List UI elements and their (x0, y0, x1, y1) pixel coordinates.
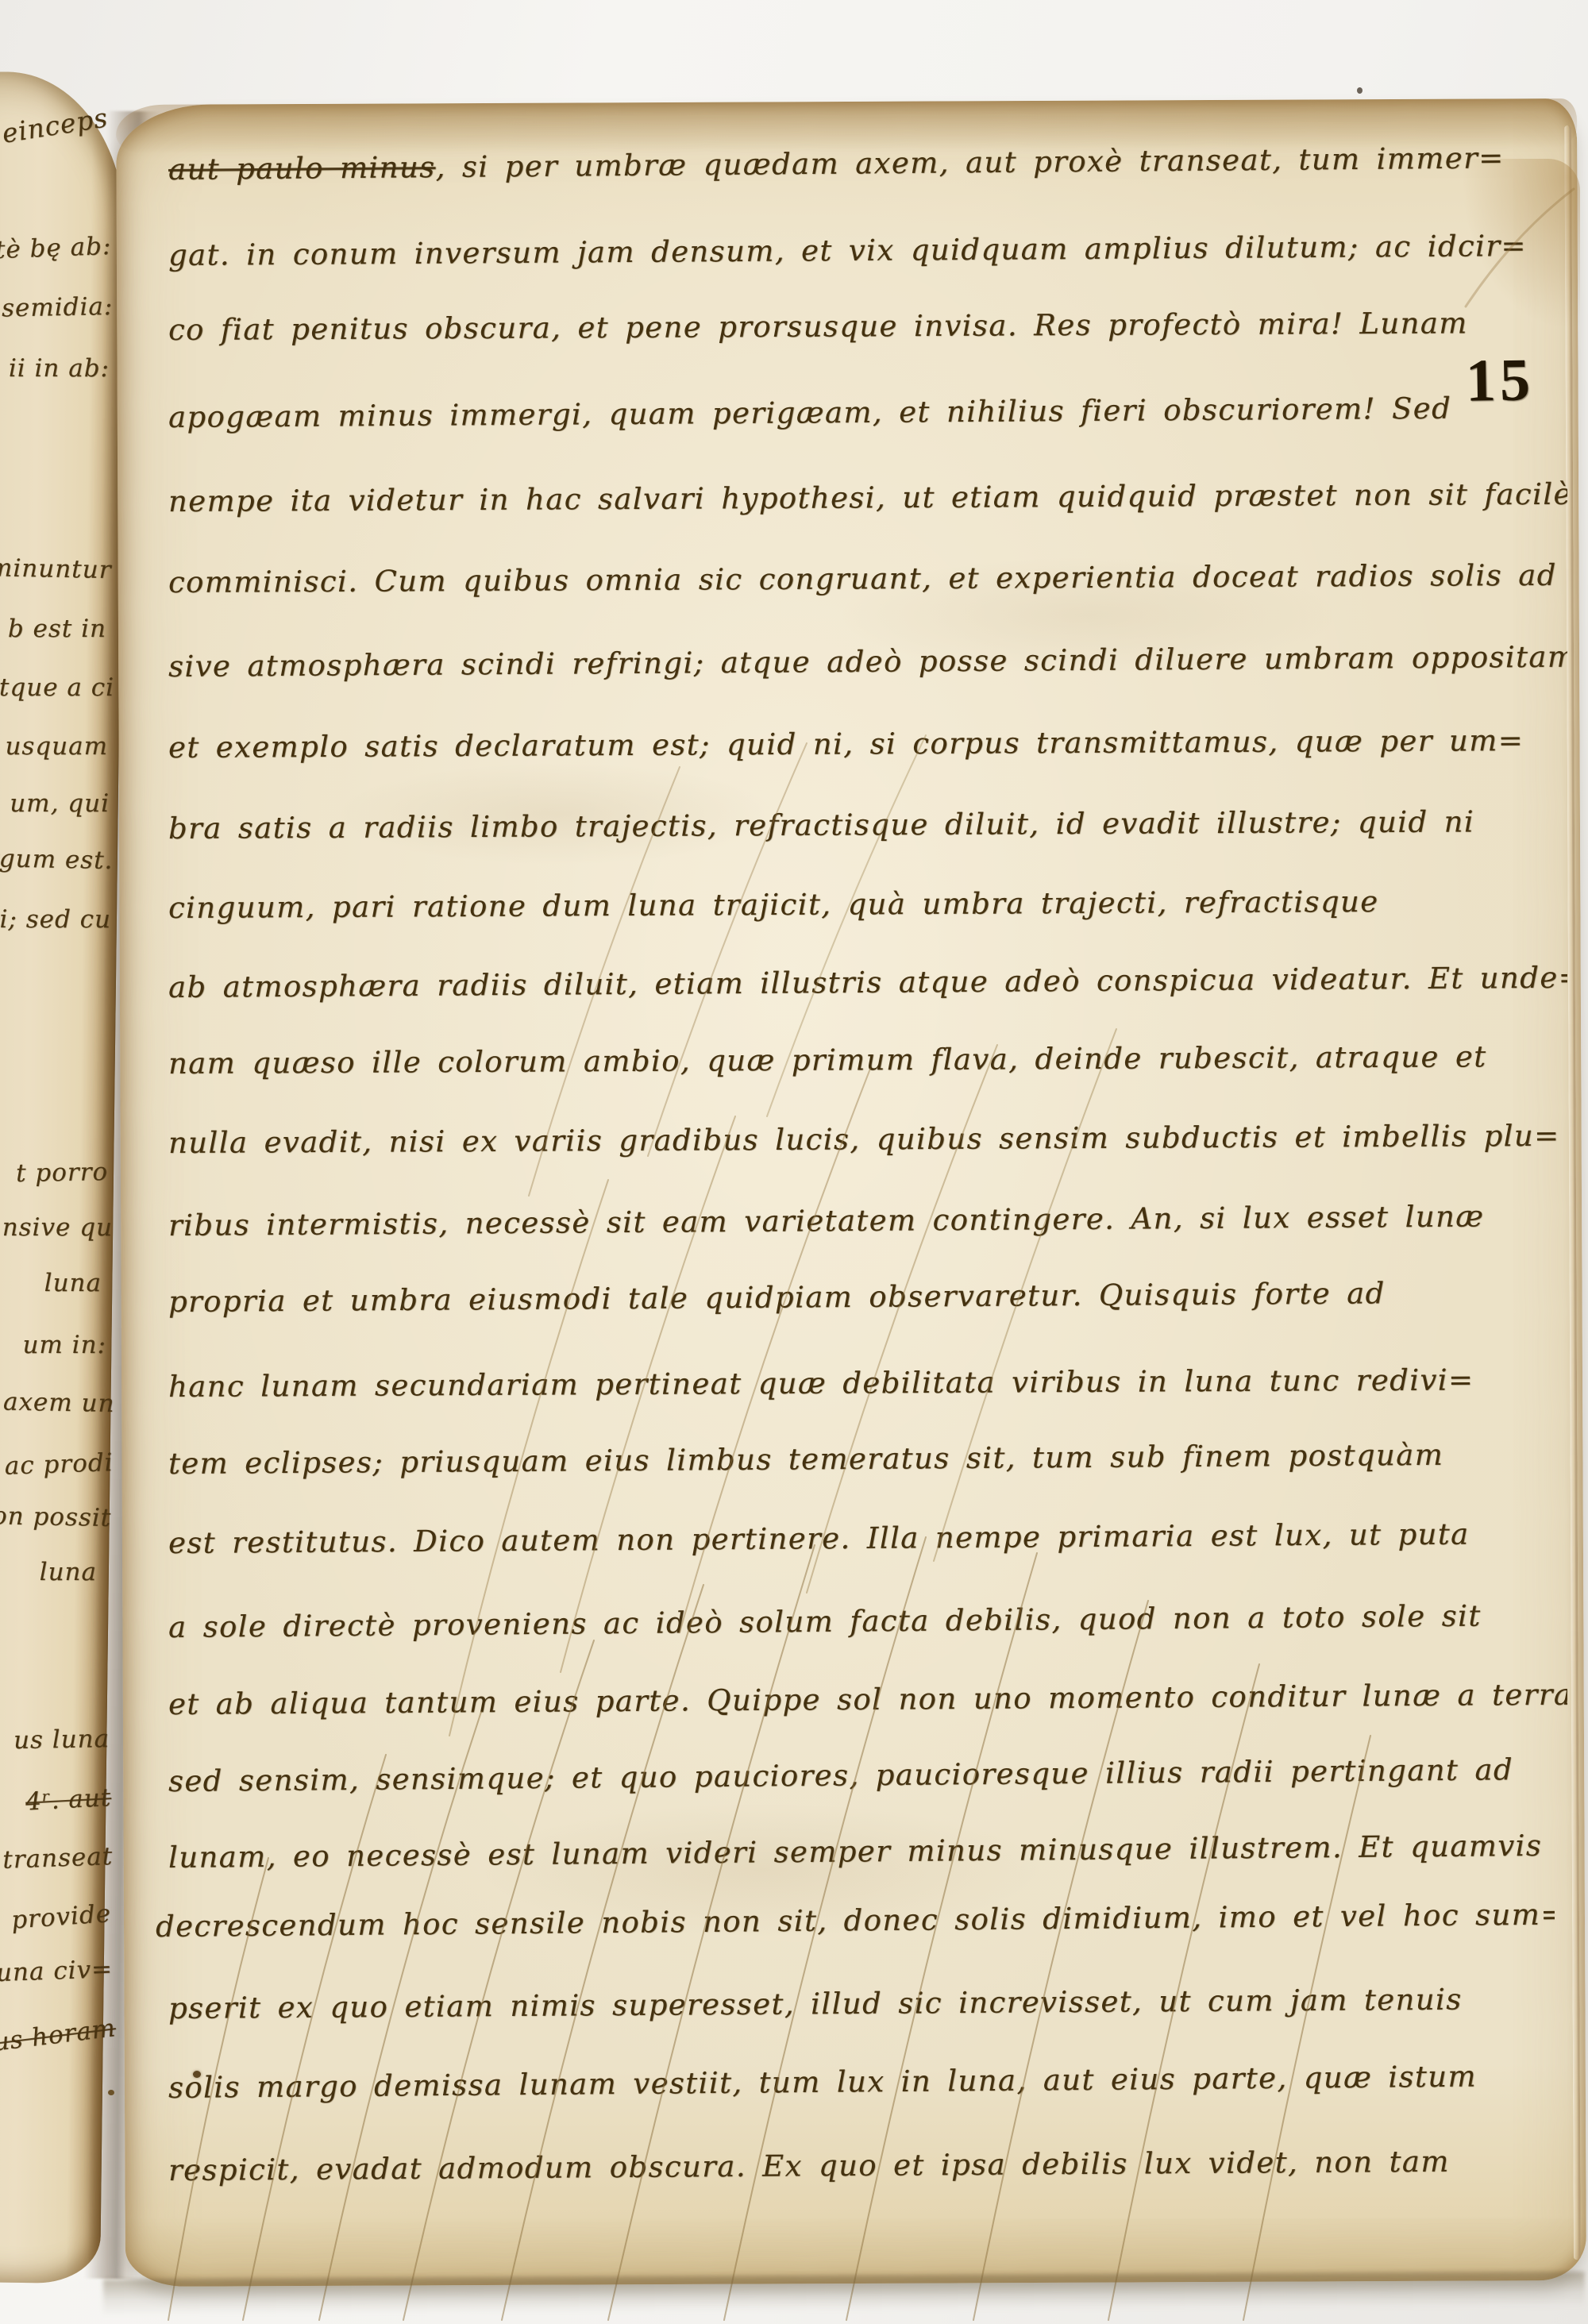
handwritten-line: gat. in conum inversum jam densum, et vi… (168, 229, 1567, 272)
handwritten-line: hanc lunam secundariam pertineat quæ deb… (168, 1362, 1567, 1404)
handwritten-line: cinguum, pari ratione dum luna trajicit,… (168, 884, 1567, 925)
handwritten-line: lunam, eo necessè est lunam videri sempe… (168, 1829, 1567, 1875)
handwritten-line: respicit, evadat admodum obscura. Ex quo… (168, 2144, 1567, 2187)
handwritten-text-block: aut paulo minus, si per umbræ quædam axe… (0, 0, 1577, 2303)
page-bottom-shadow (103, 2272, 1585, 2316)
handwritten-line: nulla evadit, nisi ex variis gradibus lu… (168, 1119, 1567, 1160)
handwritten-line: ribus intermistis, necessè sit eam varie… (168, 1199, 1567, 1243)
handwritten-line: aut paulo minus, si per umbræ quædam axe… (168, 141, 1567, 187)
handwritten-line: bra satis a radiis limbo trajectis, refr… (168, 804, 1567, 846)
handwritten-line: sive atmosphæra scindi refringi; atque a… (168, 640, 1567, 684)
struck-through-words: aut paulo minus (168, 150, 436, 187)
handwritten-line: nam quæso ille colorum ambio, quæ primum… (168, 1039, 1567, 1081)
handwritten-line: co fiat penitus obscura, et pene prorsus… (168, 306, 1567, 347)
handwritten-line: tem eclipses; priusquam eius limbus teme… (168, 1437, 1567, 1481)
handwritten-line: et ab aliqua tantum eius parte. Quippe s… (168, 1678, 1567, 1721)
handwritten-line: sed sensim, sensimque; et quo pauciores,… (168, 1752, 1567, 1798)
handwritten-line: propria et umbra eiusmodi tale quidpiam … (168, 1275, 1567, 1319)
handwritten-line: comminisci. Cum quibus omnia sic congrua… (168, 558, 1567, 599)
handwritten-line: apogæam minus immergi, quam perigæam, et… (168, 391, 1567, 434)
scanned-manuscript: { "document": { "page_number": "15", "co… (0, 0, 1588, 2324)
handwritten-line: solis margo demissa lunam vestiit, tum l… (168, 2059, 1567, 2105)
handwritten-line: ab atmosphæra radiis diluit, etiam illus… (168, 961, 1567, 1004)
handwritten-line: pserit ex quo etiam nimis superesset, il… (168, 1982, 1567, 2025)
handwritten-line: nempe ita videtur in hac salvari hypothe… (168, 477, 1567, 518)
page-number: 15 (1465, 345, 1535, 415)
handwritten-line: decrescendum hoc sensile nobis non sit, … (156, 1898, 1555, 1944)
handwritten-line: est restitutus. Dico autem non pertinere… (168, 1517, 1567, 1560)
handwritten-line: et exemplo satis declaratum est; quid ni… (168, 723, 1567, 765)
handwritten-line: a sole directè proveniens ac ideò solum … (168, 1598, 1567, 1644)
